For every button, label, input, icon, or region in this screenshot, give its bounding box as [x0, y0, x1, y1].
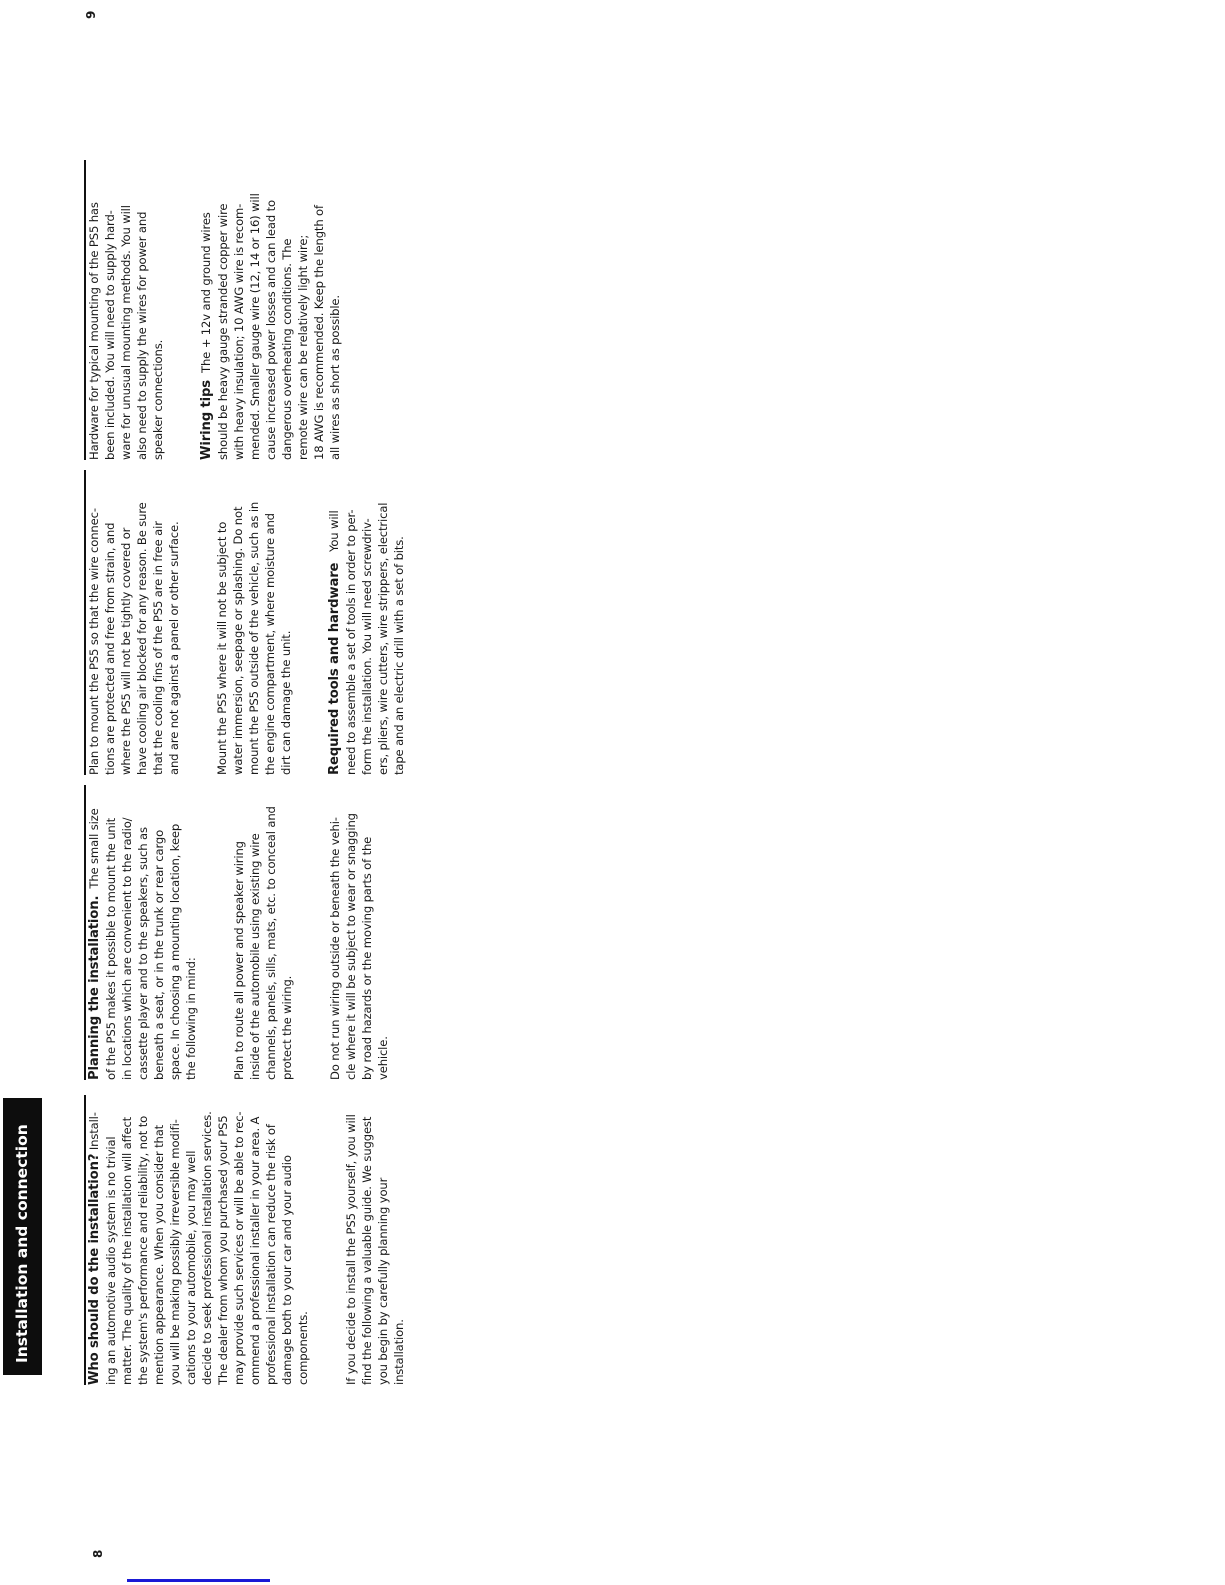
scan-artifact-line	[127, 1579, 270, 1582]
paragraph-diy-install: If you decide to install the PS5 yoursel…	[343, 1095, 407, 1385]
page-number-right: 9	[84, 11, 98, 19]
column-1: Who should do the installation? Install-…	[86, 1095, 423, 1385]
paragraph-mount-moisture: Mount the PS5 where it will not be subje…	[214, 470, 294, 775]
paragraph-who-should-install: Who should do the installation? Install-…	[86, 1095, 311, 1385]
column-rule	[84, 785, 86, 1080]
paragraph-planning: Planning the installation. The small siz…	[86, 785, 199, 1080]
paragraph-route-wiring: Plan to route all power and speaker wiri…	[231, 785, 295, 1080]
column-rule	[84, 1095, 86, 1385]
paragraph-hardware: Hardware for typical mounting of the PS5…	[86, 160, 166, 460]
heading-planning: Planning the installation.	[87, 896, 102, 1080]
column-rule	[84, 160, 86, 460]
column-4: Hardware for typical mounting of the PS5…	[86, 160, 359, 460]
paragraph-required-tools: Required tools and hardware You will nee…	[326, 470, 407, 775]
paragraph-no-outside-wiring: Do not run wiring outside or beneath the…	[327, 785, 391, 1080]
heading-wiring-tips: Wiring tips	[199, 380, 214, 460]
paragraph-mount-protection: Plan to mount the PS5 so that the wire c…	[86, 470, 182, 775]
paragraph-wiring-tips: Wiring tips The + 12v and ground wires s…	[198, 160, 343, 460]
section-title-bar: Installation and connection	[3, 1098, 42, 1375]
heading-who-should-install: Who should do the installation?	[87, 1154, 102, 1385]
document-page: 8 9 Installation and connection Who shou…	[0, 0, 1225, 1585]
column-3: Plan to mount the PS5 so that the wire c…	[86, 470, 423, 775]
heading-required-tools: Required tools and hardware	[327, 563, 342, 775]
column-2: Planning the installation. The small siz…	[86, 785, 407, 1080]
column-rule	[84, 470, 86, 775]
page-number-left: 8	[91, 1550, 105, 1558]
